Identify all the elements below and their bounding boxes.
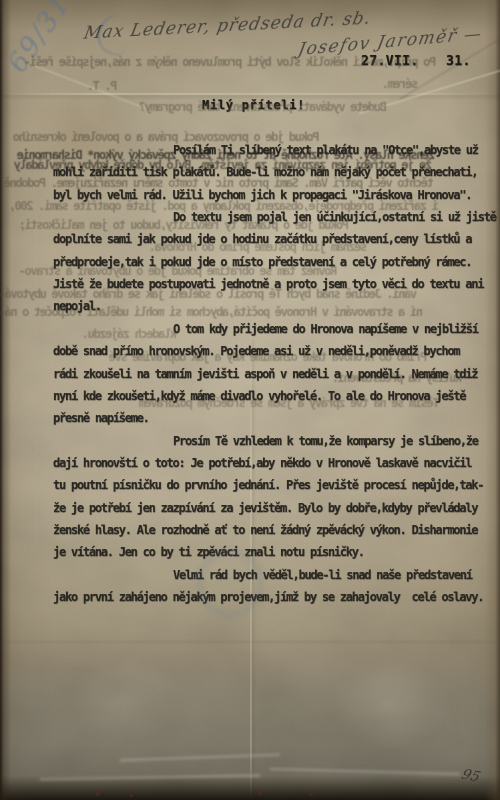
letter-year: 31. [446, 54, 471, 69]
rust-speck [95, 792, 100, 796]
typed-line: mohli zaříditi tisk plakátů. Bude-li mož… [53, 165, 477, 179]
faint-ink-stamp [196, 548, 264, 618]
bleedthrough-line: kladech zájezdu. [83, 327, 177, 341]
horizontal-fold-crease [0, 641, 500, 643]
typed-line: nyní kde zkoušeti,když máme divadlo vyho… [53, 389, 465, 403]
typed-line: byl bych velmi rád. Užili bychom jich k … [53, 188, 471, 202]
typed-line: jako první zahájeno nějakým projevem,jím… [53, 590, 483, 604]
bleedthrough-line: P. T. [88, 79, 117, 93]
typed-line: předprodeje,tak i pokud jde o místo před… [53, 255, 471, 269]
typed-line: ženské hlasy. Ale rozhodně ať to není žá… [53, 523, 477, 537]
rust-speck [258, 791, 262, 795]
typed-line: rádi zkoušeli na tamním jevišti aspoň v … [53, 367, 477, 381]
crinkle-highlight [270, 768, 460, 776]
typed-line: dají hronovští o toto: Je potřebí,aby ně… [53, 456, 471, 470]
bleedthrough-line: Po příp.,má-li několik slov býti promluv… [25, 55, 436, 69]
bleedthrough-line: sérem. [383, 77, 418, 91]
rust-speck [130, 794, 133, 797]
typed-line: Do textu jsem pojal jen účinkující,ostat… [173, 210, 496, 224]
typed-line: Jistě že budete postupovati jednotně a p… [53, 277, 483, 291]
typed-line: doplníte sami jak pokud jde o hodinu zač… [53, 232, 471, 246]
typed-line: Posílám Ti slíbený text plakátu na "Otce… [173, 143, 478, 157]
rust-speck [310, 793, 313, 796]
paper-stain [70, 660, 180, 740]
typed-line: přesně napíšeme. [53, 411, 149, 425]
typed-line: že je potřebí jen zazpívání za jevištěm.… [53, 501, 477, 515]
bleedthrough-line: Budete vydávati představení také program… [140, 100, 387, 114]
horizontal-fold-crease [0, 93, 500, 95]
typed-line: tu poutní písničku do prvního jednání. P… [53, 478, 483, 492]
typed-line: O tom kdy přijedeme do Hronova napíšeme … [173, 322, 478, 336]
bleedthrough-line: Pokud jde o provozovací práva a o povole… [14, 130, 319, 144]
typed-line: Prosím Tě vzhledem k tomu,že komparsy je… [173, 434, 478, 448]
crinkle-highlight [40, 774, 260, 781]
crinkle-highlight [120, 753, 280, 762]
paper-stain [330, 660, 450, 750]
typed-line: nepojal. [53, 299, 101, 313]
page-number: 95 [459, 767, 482, 785]
typed-line: době snad přímo hronovským. Pojedeme asi… [53, 344, 459, 358]
scanned-letter-page: 69/31 Max Lederer, předseda dr. sb. Jose… [0, 0, 500, 800]
